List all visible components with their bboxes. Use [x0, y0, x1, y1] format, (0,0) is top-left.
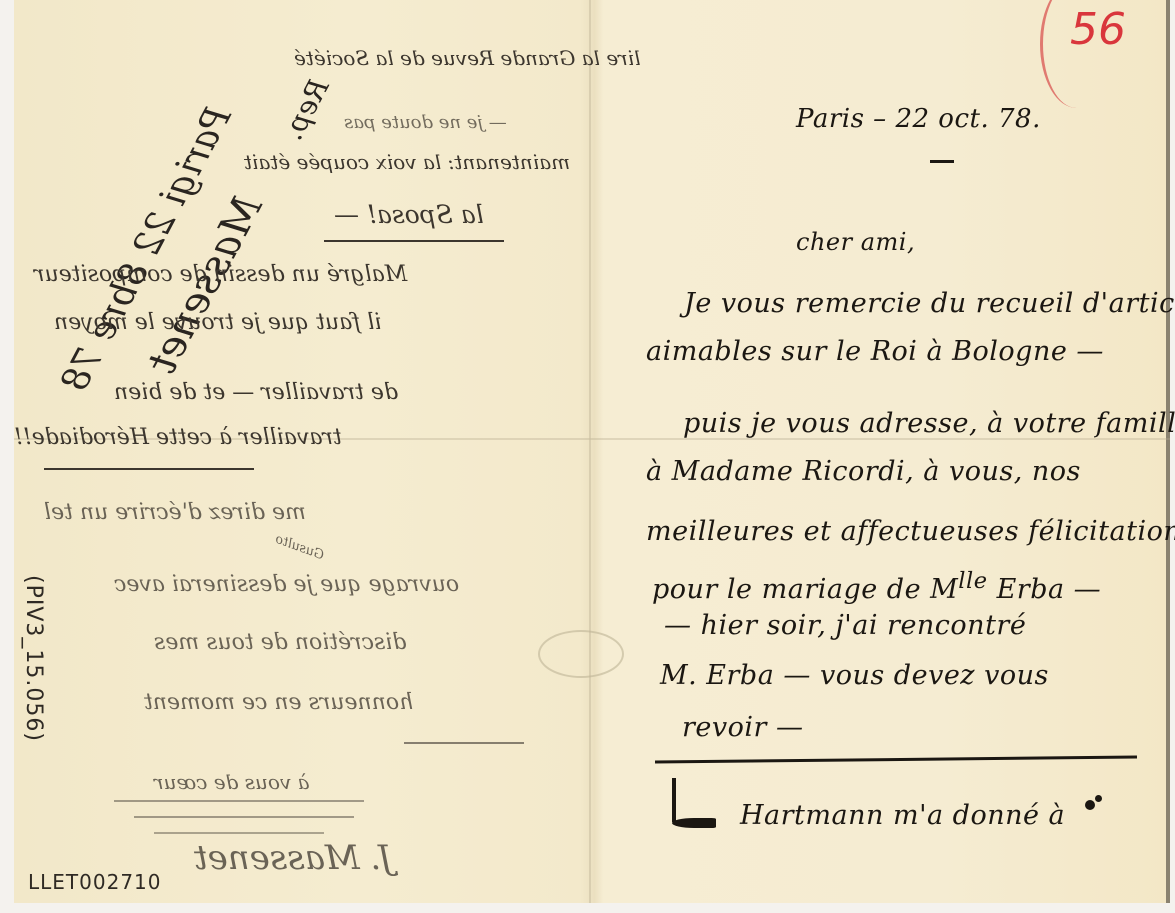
flourish-line [114, 800, 364, 802]
underline [324, 240, 504, 242]
letter-date: Paris – 22 oct. 78. [796, 104, 1041, 134]
letter-line-7: — hier soir, j'ai rencontré [664, 610, 1026, 641]
left-small-note: Gusulto [273, 532, 326, 564]
paragraph-mark [672, 778, 676, 822]
date-dash [930, 160, 954, 163]
underline [44, 468, 254, 470]
ink-dot [1095, 795, 1102, 802]
left-line-12: honneurs en ce moment [144, 690, 413, 715]
letter-line-2: aimables sur le Roi à Bologne — [646, 336, 1104, 367]
archive-id-label: LLET002710 [28, 870, 162, 894]
paragraph-mark-foot [672, 818, 716, 828]
left-line-10: ouvrage que je dessinerai avec [114, 572, 459, 597]
left-closing: à vous de cœur [154, 770, 310, 794]
left-line-7: de travailler — et de bien [114, 380, 398, 405]
letter-line-9: revoir — [682, 712, 804, 743]
left-line-3: maintenant: la voix coupée était [244, 150, 570, 174]
left-line-4: la Sposa! — [334, 200, 484, 229]
diagonal-annotation-rep: Rep. [276, 73, 335, 145]
letter-line-8: M. Erba — vous devez vous [660, 660, 1049, 691]
folio-number: 56 [1070, 4, 1126, 55]
letter-line-5: meilleures et affectueuses félicitations [646, 516, 1175, 547]
letter-line-6: pour le mariage de Mlle Erba — [652, 568, 1101, 605]
left-line-9: me direz d'écrire un tel [44, 500, 306, 525]
left-line-5: Malgré un dessin de compositeur [34, 262, 407, 287]
left-line-8: travailler à cette Hérodiade!! [14, 425, 342, 450]
shelfmark-label: (PIV3_15.056) [21, 575, 46, 742]
letter-salutation: cher ami, [796, 228, 915, 256]
library-stamp [538, 630, 624, 678]
ink-dot [1085, 800, 1095, 810]
center-fold [589, 0, 591, 903]
letter-line-1: Je vous remercie du recueil d'articles [684, 288, 1175, 319]
flourish-line [154, 832, 324, 834]
left-line-1: lire la Grande Revue de la Société [294, 46, 641, 70]
letter-line-3: puis je vous adresse, à votre famille, [683, 408, 1175, 439]
left-line-11: discrétion de tous mes [154, 630, 406, 655]
underline [404, 742, 524, 744]
letter-line-10: Hartmann m'a donné à [740, 800, 1065, 831]
left-signature: J. Massenet [194, 838, 392, 878]
letter-line-4: à Madame Ricordi, à vous, nos [646, 456, 1081, 487]
flourish-line [134, 816, 354, 818]
left-line-6: il faut que je trouve le moyen [54, 310, 381, 335]
left-page: Parigi 22 8bre 78 Massenet Rep. lire la … [14, 0, 574, 903]
left-line-2: — je ne doute pas [344, 112, 507, 133]
